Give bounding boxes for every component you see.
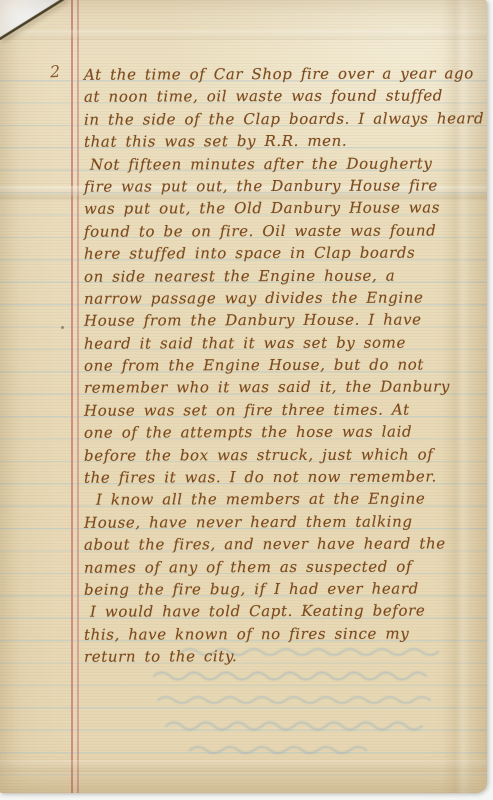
handwritten-line: before the box was struck, just which of [84,443,480,467]
manuscript-page: 2 At the time of Car Shop fire over a ye… [0,0,487,793]
handwritten-line: At the time of Car Shop fire over a year… [84,62,480,86]
paper-crease-top [0,30,487,40]
bleed-line [190,747,366,753]
handwritten-line: at noon time, oil waste was found stuffe… [84,85,480,109]
bleed-line [158,697,430,703]
handwritten-line: House from the Danbury House. I have [84,309,480,333]
handwritten-line: the fires it was. I do not now remember. [84,465,480,489]
handwritten-line: I know all the members at the Engine [84,488,480,512]
fold-edge-line [0,0,66,41]
handwritten-line: that this was set by R.R. men. [84,129,480,153]
scan-background: { "page": { "number": "2" }, "manuscript… [0,0,493,800]
handwritten-line: this, have known of no fires since my [84,622,480,646]
bleed-line [166,723,422,730]
handwritten-line: remember who it was said it, the Danbury [84,376,480,400]
handwritten-line: Not fifteen minutes after the Dougherty [84,152,480,176]
handwritten-line: one from the Engine House, but do not [84,353,480,377]
red-margin-line-inner [77,0,79,793]
handwritten-line: House, have never heard them talking [84,510,480,534]
paper-crease-bottom [0,760,487,772]
page-number: 2 [49,62,60,82]
handwritten-line: House was set on fire three times. At [84,398,480,422]
red-margin-line-outer [71,0,73,793]
handwritten-line: was put out, the Old Danbury House was [84,197,480,221]
folded-corner-backing [0,0,65,41]
handwritten-line: in the side of the Clap boards. I always… [84,107,480,131]
handwritten-line: fire was put out, the Danbury House fire [84,174,480,198]
folded-corner [0,0,80,48]
handwritten-line: narrow passage way divides the Engine [84,286,480,310]
handwritten-line: here stuffed into space in Clap boards [84,241,480,265]
handwritten-line: about the fires, and never have heard th… [84,533,480,557]
handwritten-line: heard it said that it was set by some [84,331,480,355]
ink-speck [61,326,64,329]
handwritten-line: I would have told Capt. Keating before [84,600,480,624]
handwritten-line: one of the attempts the hose was laid [84,421,480,445]
handwritten-line: found to be on fire. Oil waste was found [84,219,480,243]
handwritten-line: on side nearest the Engine house, a [84,264,480,288]
handwriting-area: At the time of Car Shop fire over a year… [84,63,480,668]
bleed-line [154,673,426,680]
handwritten-line: return to the city. [84,644,480,668]
handwritten-line: being the fire bug, if I had ever heard [84,577,480,601]
handwritten-line: names of any of them as suspected of [84,555,480,579]
